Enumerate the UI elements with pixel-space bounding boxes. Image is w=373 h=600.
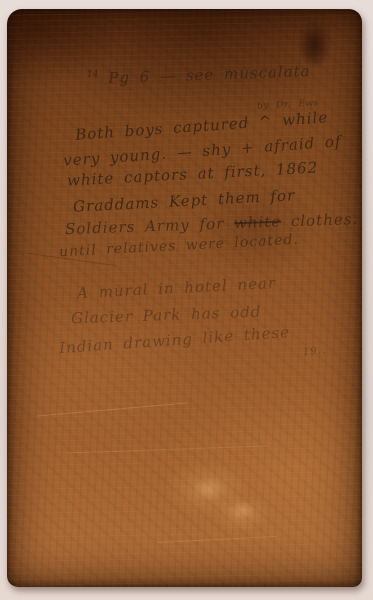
handwritten-line: Graddams Kept them for xyxy=(73,188,296,215)
leather-stain xyxy=(229,501,255,519)
leather-scratch xyxy=(157,536,277,543)
leather-scratch xyxy=(37,402,187,416)
leather-book-cover: 14 Pg 6 — see muscalata by Dr. Ews Both … xyxy=(7,9,362,587)
struck-out-word: white xyxy=(234,213,282,233)
handwritten-line-faint: Indian drawing like these xyxy=(59,325,291,356)
handwritten-notes: 14 Pg 6 — see muscalata by Dr. Ews Both … xyxy=(7,9,362,587)
handwritten-line: Both boys captured ^ while xyxy=(75,110,329,143)
handwritten-line: very young. — shy + afraid of xyxy=(63,134,342,168)
leather-texture xyxy=(7,9,362,587)
handwritten-line-faint: Glacier Park has odd xyxy=(71,305,262,327)
leather-scratch xyxy=(67,446,267,454)
handwritten-line: white captors at first, 1862 xyxy=(67,160,319,188)
line-segment: Soldiers Army for xyxy=(65,214,235,238)
line-segment: clothes. xyxy=(281,210,359,231)
handwritten-page-reference: 14 Pg 6 — see muscalata xyxy=(87,63,311,87)
leather-scratch xyxy=(27,253,116,267)
handwritten-insertion-note: by Dr. Ews xyxy=(257,99,319,111)
superscript-number: 14 xyxy=(87,70,99,80)
handwritten-line: until relatives were located. xyxy=(59,233,299,260)
handwritten-line: Soldiers Army for white clothes. xyxy=(65,212,359,237)
leather-stain xyxy=(299,27,329,69)
photo-background: 14 Pg 6 — see muscalata by Dr. Ews Both … xyxy=(0,0,373,600)
handwritten-corner-note: 19.. xyxy=(303,346,327,358)
leather-stain xyxy=(192,477,226,501)
page-reference-text: Pg 6 — see muscalata xyxy=(108,62,311,87)
handwritten-line-faint: A mural in hotel near xyxy=(77,276,277,301)
